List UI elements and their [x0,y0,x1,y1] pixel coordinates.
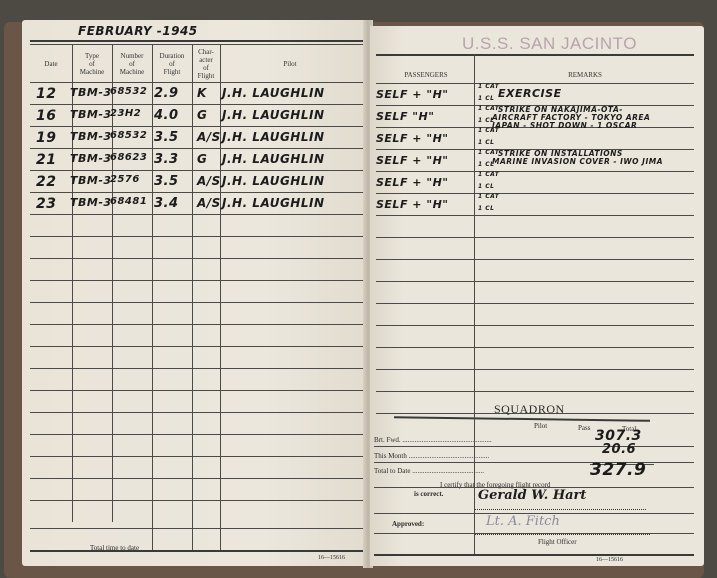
pilot-signature: Gerald W. Hart [478,488,586,503]
signature-dots [474,509,646,511]
approved-dots [474,534,650,536]
row-rule [30,148,364,149]
flight-pilot: J.H. LAUGHLIN [222,174,325,188]
header-duration-2: of [169,60,175,68]
passengers: SELF + "H" [376,88,449,101]
passengers: SELF + "H" [376,198,449,211]
row-rule [30,412,364,413]
cat-code: 1 CAT [478,193,499,200]
row-rule [30,214,364,215]
remark-line: EXERCISE [498,87,562,100]
cat-code: 1 CAT [478,105,499,112]
flight-date: 22 [36,174,56,190]
header-type-3: Machine [80,68,105,76]
form-number-right: 16—15616 [596,557,623,563]
row-rule [30,192,364,193]
row-rule [30,258,364,259]
flight-duration: 3.5 [154,130,179,145]
passengers: SELF + "H" [376,154,449,167]
header-number-2: of [129,60,135,68]
header-character-2: acter [199,56,213,64]
squadron-rule [394,416,650,422]
flight-duration: 2.9 [154,86,179,101]
top-rule-2 [30,44,364,45]
row-rule [30,478,364,479]
row-rule [376,391,694,392]
certify-text-2: is correct. [414,490,443,498]
header-duration-1: Duration [160,52,185,60]
brt-fwd-rule [374,446,694,447]
remark-line: JAPAN - SHOT DOWN - 1 OSCAR [492,121,637,130]
row-rule [30,236,364,237]
flight-number: 68623 [110,152,147,163]
flight-date: 16 [36,108,56,124]
header-character-1: Char- [198,48,214,56]
cl-code: 1 CL [478,183,495,190]
cl-code: 1 CL [478,95,495,102]
approved-label: Approved: [392,520,424,528]
row-rule [30,528,364,529]
passengers: SELF "H" [376,110,434,123]
header-duration-3: Flight [164,68,181,76]
remark-line: MARINE INVASION COVER - IWO JIMA [492,157,663,166]
row-rule [30,500,364,501]
column-rule [152,44,153,550]
passengers: SELF + "H" [376,132,449,145]
flight-pilot: J.H. LAUGHLIN [222,108,325,122]
total-to-date-text: Total to Date [374,467,410,475]
header-number: NumberofMachine [112,52,152,76]
header-rule [376,83,694,84]
month-title: FEBRUARY -1945 [78,24,198,38]
flight-officer-label: Flight Officer [538,538,577,546]
flight-number: 68532 [110,130,147,141]
row-rule [376,215,694,216]
flight-number: 68481 [110,196,147,207]
cat-code: 1 CAT [478,83,499,90]
this-month-label: This Month .............................… [374,452,489,460]
header-number-3: Machine [120,68,145,76]
bottom-rule-right [374,554,694,556]
row-rule [30,104,364,105]
column-rule [220,44,221,550]
flight-pilot: J.H. LAUGHLIN [222,152,325,166]
row-rule [30,302,364,303]
flight-date: 21 [36,152,56,168]
row-rule [376,193,694,194]
brt-fwd-text: Brt. Fwd. [374,436,401,444]
header-duration: DurationofFlight [152,52,192,76]
row-rule [30,324,364,325]
flight-pilot: J.H. LAUGHLIN [222,130,325,144]
cl-code: 1 CL [478,205,495,212]
row-rule [376,303,694,304]
header-passengers: PASSENGERS [376,71,476,79]
row-rule [30,390,364,391]
flight-character: G [197,152,207,166]
header-character: Char-acterofFlight [192,48,220,80]
row-rule [376,171,694,172]
header-type-2: of [89,60,95,68]
this-month-total: 20.6 [602,442,636,457]
ship-stamp: U.S.S. SAN JACINTO [462,34,637,54]
flight-date: 12 [36,86,56,102]
row-rule [30,456,364,457]
flight-type: TBM-3 [70,86,112,99]
row-rule [30,170,364,171]
flight-type: TBM-3 [70,152,112,165]
flight-type: TBM-3 [70,174,112,187]
squadron-divider [474,406,475,554]
column-rule [192,44,193,550]
squadron-title: SQUADRON [494,402,565,417]
row-rule [30,434,364,435]
row-rule [30,280,364,281]
header-pilot: Pilot [220,60,360,68]
flight-character: A/S [197,130,221,144]
flight-type: TBM-3 [70,196,112,209]
row-rule [30,346,364,347]
header-number-1: Number [121,52,144,60]
column-rule [474,54,475,413]
row-rule [376,281,694,282]
header-character-4: Flight [198,72,215,80]
flight-number: 68532 [110,86,147,97]
flight-date: 19 [36,130,56,146]
flight-pilot: J.H. LAUGHLIN [222,86,325,100]
flight-duration: 3.3 [154,152,179,167]
flight-number: 2576 [110,174,140,185]
left-page: FEBRUARY -1945 Date TypeofMachine Number… [22,20,366,566]
right-top-rule [376,54,694,56]
row-rule [376,259,694,260]
flight-date: 23 [36,196,56,212]
row-rule [30,368,364,369]
flight-type: TBM-3 [70,108,112,121]
header-type-1: Type [85,52,99,60]
passengers: SELF + "H" [376,176,449,189]
cat-code: 1 CAT [478,149,499,156]
header-character-3: of [203,64,209,72]
flight-character: A/S [197,196,221,210]
header-date: Date [30,60,72,68]
form-number-left: 16—15616 [318,555,345,561]
row-rule [376,347,694,348]
total-to-date-value: 327.9 [590,460,646,480]
cat-code: 1 CAT [478,127,499,134]
squadron-pass-header: Pass [578,424,590,432]
flight-character: K [197,86,207,100]
row-rule [376,237,694,238]
approved-signature: Lt. A. Fitch [486,514,560,529]
total-to-date-label: Total to Date ..........................… [374,467,484,475]
approved-rule [374,533,694,534]
flight-duration: 3.5 [154,174,179,189]
this-month-text: This Month [374,452,407,460]
header-type: TypeofMachine [72,52,112,76]
top-rule [30,40,364,42]
flight-duration: 4.0 [154,108,179,123]
flight-character: A/S [197,174,221,188]
squadron-pilot-header: Pilot [534,422,547,430]
total-time-label: Total time to date [90,544,139,552]
cat-code: 1 CAT [478,171,499,178]
header-rule [30,82,364,83]
row-rule [376,369,694,370]
flight-type: TBM-3 [70,130,112,143]
row-rule [30,126,364,127]
flight-character: G [197,108,207,122]
flight-duration: 3.4 [154,196,179,211]
right-page: U.S.S. SAN JACINTO PASSENGERS REMARKS SE… [370,26,704,566]
cl-code: 1 CL [478,139,495,146]
row-rule [376,325,694,326]
row-rule [30,550,364,552]
header-remarks: REMARKS [476,71,694,79]
flight-number: 23H2 [110,108,141,119]
flight-pilot: J.H. LAUGHLIN [222,196,325,210]
